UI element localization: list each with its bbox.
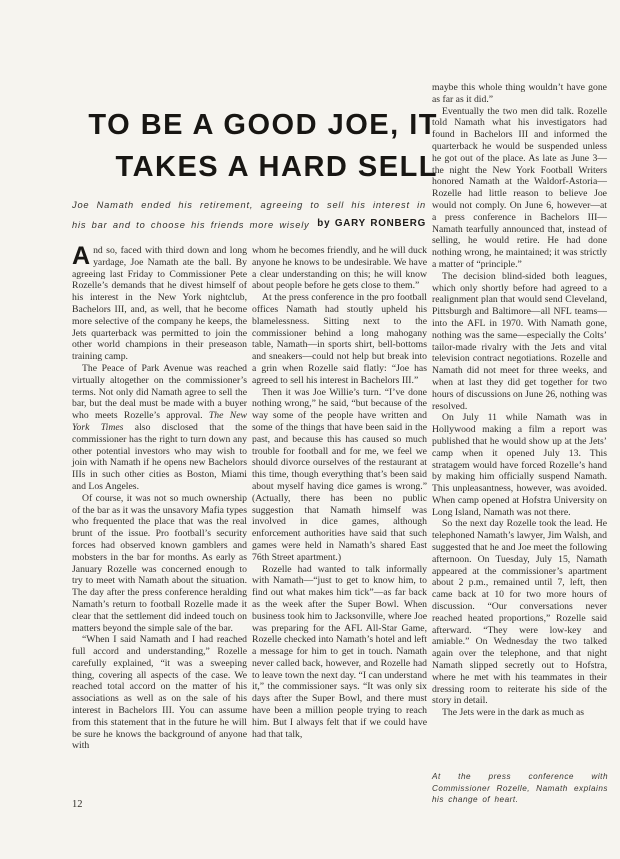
article-paragraph: On July 11 while Namath was in Hollywood… [432, 412, 607, 518]
article-paragraph: Rozelle had wanted to talk informally wi… [252, 564, 427, 741]
article-paragraph: So the next day Rozelle took the lead. H… [432, 518, 607, 707]
article-title: TO BE A GOOD JOE, IT TAKES A HARD SELL [72, 104, 438, 188]
article-title-line2: TAKES A HARD SELL [116, 151, 438, 183]
article-title-line1: TO BE A GOOD JOE, IT [88, 109, 438, 141]
byline: by GARY RONBERG [317, 214, 426, 234]
article-paragraph: whom he becomes friendly, and he will du… [252, 245, 427, 292]
article-paragraph: The Jets were in the dark as much as [432, 707, 607, 719]
paragraph-text: nd so, faced with third down and long ya… [72, 245, 247, 362]
article-paragraph: “When I said Namath and I had reached fu… [72, 634, 247, 752]
article-paragraph: The decision blind-sided both leagues, w… [432, 271, 607, 413]
body-column-1: And so, faced with third down and long y… [72, 245, 247, 752]
page-number: 12 [72, 799, 83, 810]
dropcap-letter: A [72, 245, 93, 266]
article-paragraph: And so, faced with third down and long y… [72, 245, 247, 363]
photo-caption: At the press conference with Commissione… [432, 771, 608, 806]
article-paragraph: Eventually the two men did talk. Rozelle… [432, 106, 607, 271]
body-column-2: whom he becomes friendly, and he will du… [252, 245, 427, 740]
magazine-page: TO BE A GOOD JOE, IT TAKES A HARD SELL J… [0, 0, 620, 859]
body-column-3: maybe this whole thing wouldn’t have gon… [432, 82, 607, 719]
article-deck: Joe Namath ended his retirement, agreein… [72, 196, 426, 235]
article-paragraph: The Peace of Park Avenue was reached vir… [72, 363, 247, 493]
article-paragraph: Of course, it was not so much ownership … [72, 493, 247, 635]
article-paragraph: At the press conference in the pro footb… [252, 292, 427, 386]
article-paragraph: Then it was Joe Willie’s turn. “I’ve don… [252, 387, 427, 564]
article-paragraph: maybe this whole thing wouldn’t have gon… [432, 82, 607, 106]
